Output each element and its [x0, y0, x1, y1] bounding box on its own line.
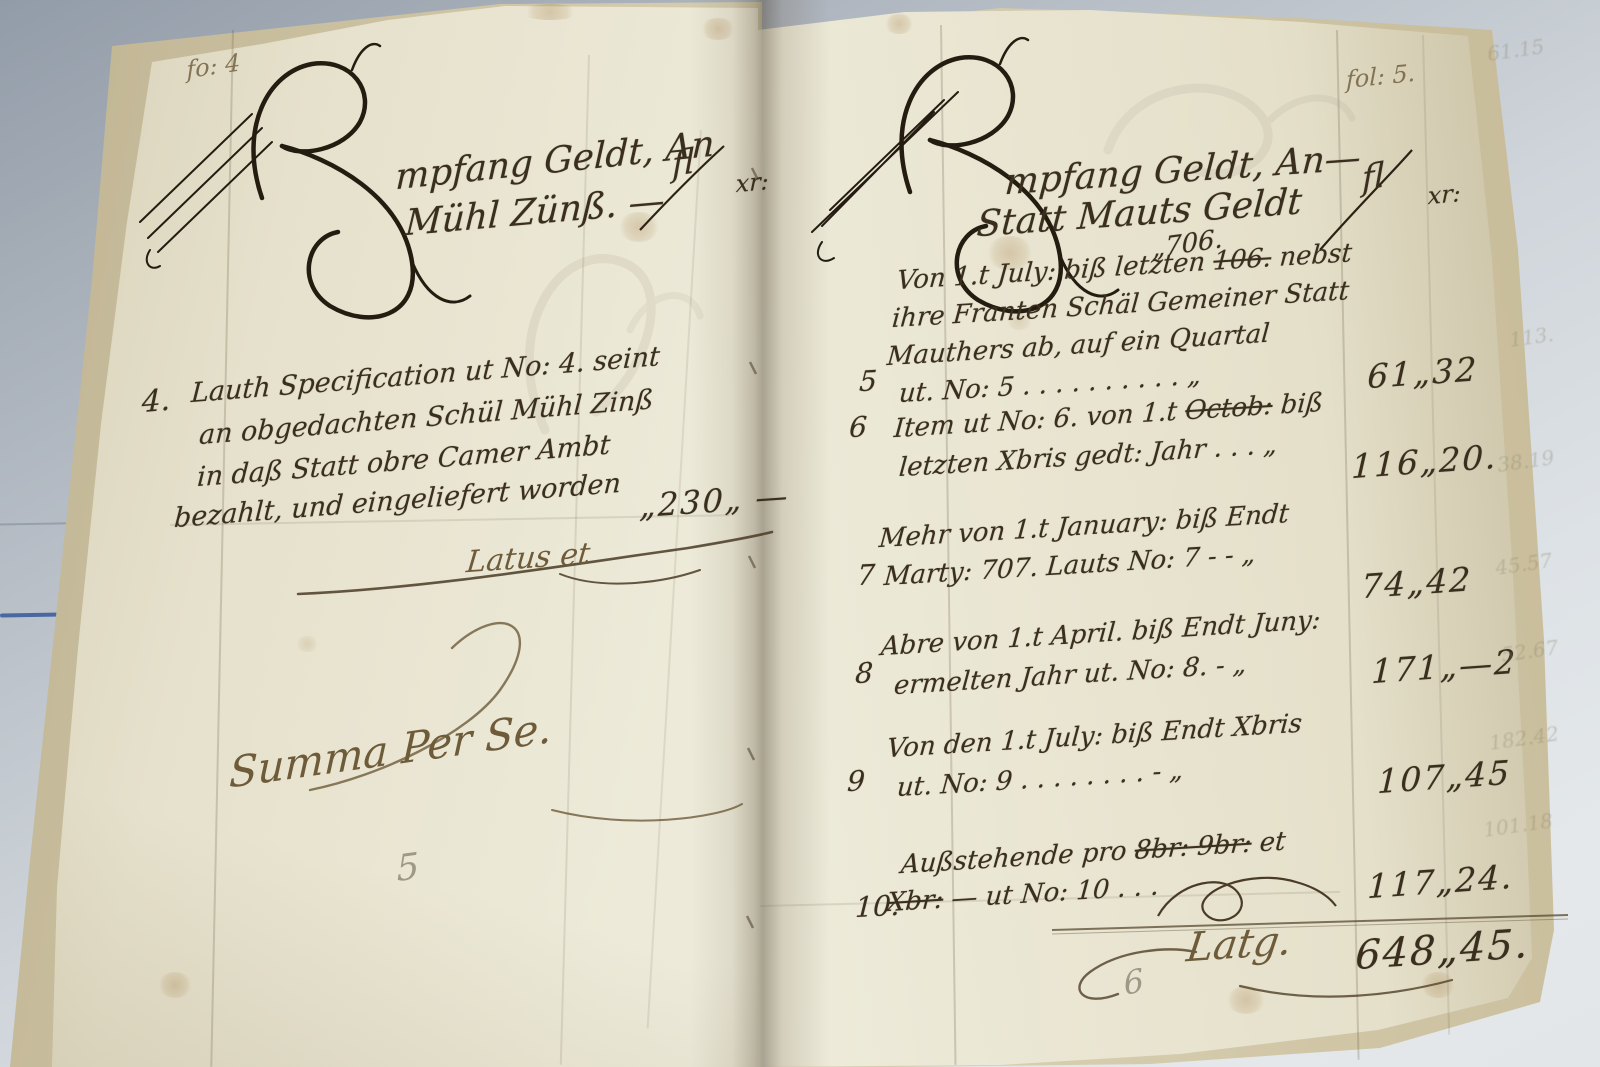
entry-amount: „230„ —: [639, 480, 790, 523]
bleedthrough-amount: 113.: [1508, 324, 1555, 350]
entry-number: 7: [857, 561, 876, 590]
bleedthrough-amount: 61.15: [1486, 36, 1545, 64]
pencil-folio-left: 5: [396, 849, 420, 888]
bleedthrough-amount: 52.67: [1500, 637, 1559, 665]
column-header-kreuzer-right: xr:: [1428, 181, 1461, 208]
entry-text-struck: Octob:: [1184, 391, 1274, 427]
latus-total: 648„45.: [1355, 924, 1531, 976]
foxing-stain: [700, 18, 736, 40]
foxing-stain: [520, 4, 580, 20]
latus-label-left: Latus et: [465, 539, 592, 578]
bleedthrough-amount: 38.19: [1496, 447, 1555, 475]
entry-amount: 61„32: [1367, 352, 1479, 393]
column-header-florin-right: fl: [1362, 158, 1384, 196]
entry-amount: 171„—2: [1371, 645, 1518, 688]
entry-text-struck: Xbr:: [886, 885, 945, 919]
foxing-stain: [884, 14, 914, 34]
entry-text-part: nebst: [1270, 238, 1353, 273]
pencil-folio-right: 6: [1122, 964, 1145, 1000]
entry-amount: 117„24.: [1367, 860, 1514, 903]
entry-amount: 116„20.: [1351, 440, 1498, 483]
bleedthrough-amount: 45.57: [1494, 550, 1553, 578]
entry-text-part: et: [1250, 826, 1286, 858]
folio-number-right: fol: 5.: [1346, 61, 1415, 92]
latus-label-right: Latg.: [1184, 921, 1294, 969]
entry-amount: 107„45: [1377, 756, 1512, 799]
entry-text-part: biß: [1271, 388, 1324, 421]
entry-text-struck: 106.: [1212, 243, 1272, 277]
column-header-kreuzer-left: xr:: [736, 169, 769, 196]
entry-number: 5: [859, 367, 878, 396]
foxing-stain: [1226, 986, 1266, 1014]
folio-number-left: fo: 4: [186, 50, 241, 82]
entry-number: 6: [849, 413, 868, 442]
foxing-stain: [158, 972, 192, 998]
entry-amount: 74„42: [1361, 562, 1473, 603]
foxing-stain: [296, 636, 318, 652]
manuscript-photo: fo: 4 mpfang Geldt, An Mühl Zünß. — fl x…: [0, 0, 1600, 1067]
column-header-florin-left: fl: [672, 144, 694, 182]
entry-number: 9: [847, 767, 866, 796]
foxing-stain: [1420, 972, 1456, 998]
entry-number: 4.: [141, 386, 170, 419]
entry-number: 8: [855, 659, 874, 688]
